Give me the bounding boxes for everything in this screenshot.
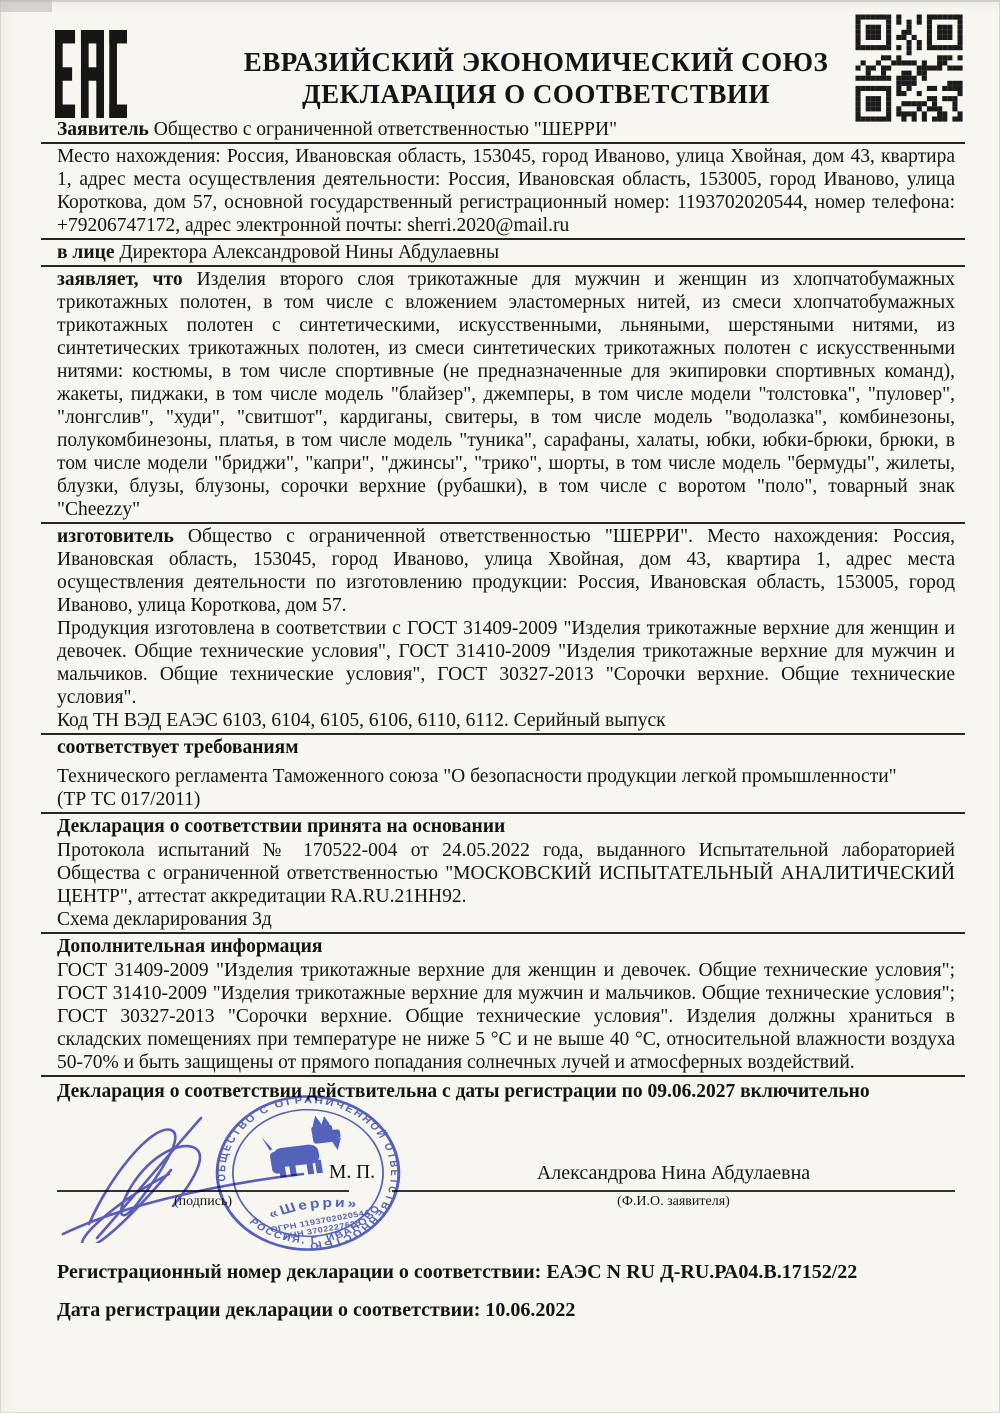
registration-date-label: Дата регистрации декларации о соответств… [57, 1299, 480, 1321]
manufacturer-text: Общество с ограниченной ответственностью… [57, 526, 955, 616]
scheme-line: Схема декларирования 3д [57, 908, 955, 931]
validity-line: Декларация о соответствии действительна … [57, 1080, 955, 1104]
section-divider [41, 932, 965, 934]
signature-area: ОБЩЕСТВО С ОГРАНИЧЕННОЙ ОТВЕТСТВЕННОСТЬЮ… [57, 1106, 955, 1238]
section-divider [41, 522, 965, 524]
declares-label: заявляет, что [57, 269, 183, 290]
section-divider [41, 142, 965, 144]
compliance-regulation-line: Технического регламента Таможенного союз… [57, 765, 955, 788]
fio-line [392, 1190, 955, 1192]
fio-caption: (Ф.И.О. заявителя) [392, 1194, 955, 1210]
eac-mark-icon [55, 30, 127, 118]
declares-paragraph: заявляет, что Изделия второго слоя трико… [57, 268, 955, 521]
applicant-line: Заявитель Общество с ограниченной ответс… [57, 118, 955, 141]
section-divider [41, 812, 965, 814]
additional-heading: Дополнительная информация [57, 935, 955, 959]
registration-number-label: Регистрационный номер декларации о соотв… [57, 1261, 541, 1283]
document-header: ЕВРАЗИЙСКИЙ ЭКОНОМИЧЕСКИЙ СОЮЗ ДЕКЛАРАЦИ… [57, 10, 955, 118]
basis-paragraph: Протокола испытаний № 170522-004 от 24.0… [57, 839, 955, 908]
compliance-heading: соответствует требованиям [57, 736, 955, 760]
registration-date-value: 10.06.2022 [485, 1299, 575, 1321]
production-gost-paragraph: Продукция изготовлена в соответствии с Г… [57, 617, 955, 709]
basis-heading: Декларация о соответствии принята на осн… [57, 815, 955, 839]
title-line-1: ЕВРАЗИЙСКИЙ ЭКОНОМИЧЕСКИЙ СОЮЗ [176, 46, 896, 78]
applicant-fio: Александрова Нина Абдулаевна [392, 1162, 955, 1185]
section-divider [41, 1075, 965, 1077]
in-person-value: Директора Александровой Нины Абдулаевны [119, 242, 499, 263]
registration-number-value: ЕАЭС N RU Д-RU.РА04.В.17152/22 [546, 1261, 857, 1283]
title-line-2: ДЕКЛАРАЦИЯ О СООТВЕТСТВИИ [176, 78, 896, 110]
in-person-label: в лице [57, 242, 114, 263]
manufacturer-paragraph: изготовитель Общество с ограниченной отв… [57, 525, 955, 617]
registration-number-line: Регистрационный номер декларации о соотв… [57, 1260, 955, 1284]
section-divider [41, 238, 965, 240]
manufacturer-label: изготовитель [57, 526, 174, 547]
section-divider [41, 265, 965, 267]
document-content: ЕВРАЗИЙСКИЙ ЭКОНОМИЧЕСКИЙ СОЮЗ ДЕКЛАРАЦИ… [0, 0, 1000, 1322]
terrier-dog-icon [259, 1113, 346, 1179]
page-title: ЕВРАЗИЙСКИЙ ЭКОНОМИЧЕСКИЙ СОЮЗ ДЕКЛАРАЦИ… [176, 46, 896, 110]
company-round-stamp: ОБЩЕСТВО С ОГРАНИЧЕННОЙ ОТВЕТСТВЕННОСТЬЮ… [212, 1092, 404, 1254]
compliance-tr-ts-line: (ТР ТС 017/2011) [57, 788, 955, 811]
additional-paragraph: ГОСТ 31409-2009 "Изделия трикотажные вер… [57, 959, 955, 1074]
applicant-label: Заявитель [57, 119, 149, 140]
section-divider [41, 733, 965, 735]
registration-date-line: Дата регистрации декларации о соответств… [57, 1298, 955, 1322]
location-paragraph: Место нахождения: Россия, Ивановская обл… [57, 145, 955, 237]
applicant-value: Общество с ограниченной ответственностью… [154, 119, 617, 140]
in-person-line: в лице Директора Александровой Нины Абду… [57, 241, 955, 264]
tnved-line: Код ТН ВЭД ЕАЭС 6103, 6104, 6105, 6106, … [57, 709, 955, 732]
qr-code-icon [853, 12, 965, 124]
declares-text: Изделия второго слоя трикотажные для муж… [57, 269, 955, 520]
declaration-document: ЕВРАЗИЙСКИЙ ЭКОНОМИЧЕСКИЙ СОЮЗ ДЕКЛАРАЦИ… [0, 0, 1000, 1413]
